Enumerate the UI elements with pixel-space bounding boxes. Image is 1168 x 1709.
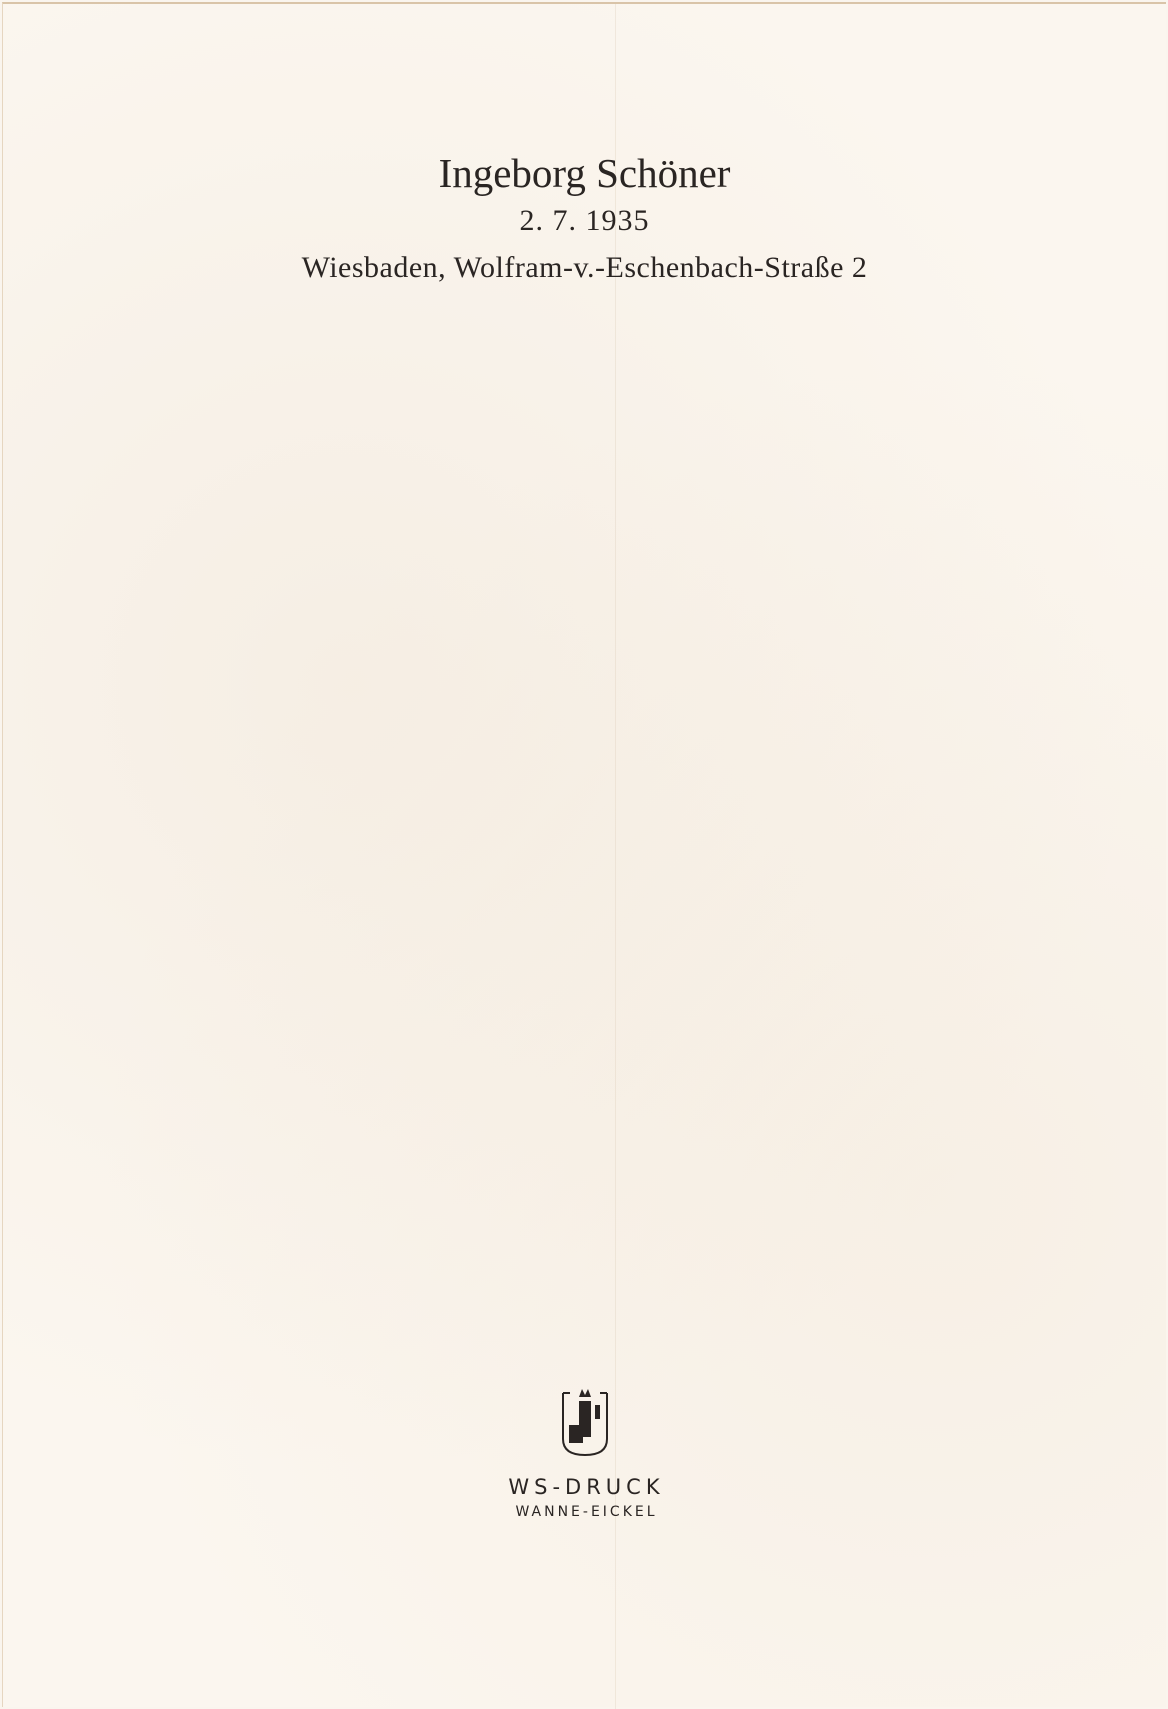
ws-druck-shield-logo-icon <box>560 1387 610 1459</box>
card-header: Ingeborg Schöner 2. 7. 1935 Wiesbaden, W… <box>3 147 1166 293</box>
printer-name: WS-DRUCK <box>3 1473 1166 1501</box>
date: 2. 7. 1935 <box>3 199 1166 243</box>
address: Wiesbaden, Wolfram-v.-Eschenbach-Straße … <box>3 243 1166 293</box>
person-name: Ingeborg Schöner <box>3 147 1166 199</box>
printer-imprint: WS-DRUCK WANNE-EICKEL <box>3 1387 1166 1523</box>
card-back: Ingeborg Schöner 2. 7. 1935 Wiesbaden, W… <box>2 2 1166 1707</box>
printer-city: WANNE-EICKEL <box>3 1501 1166 1523</box>
